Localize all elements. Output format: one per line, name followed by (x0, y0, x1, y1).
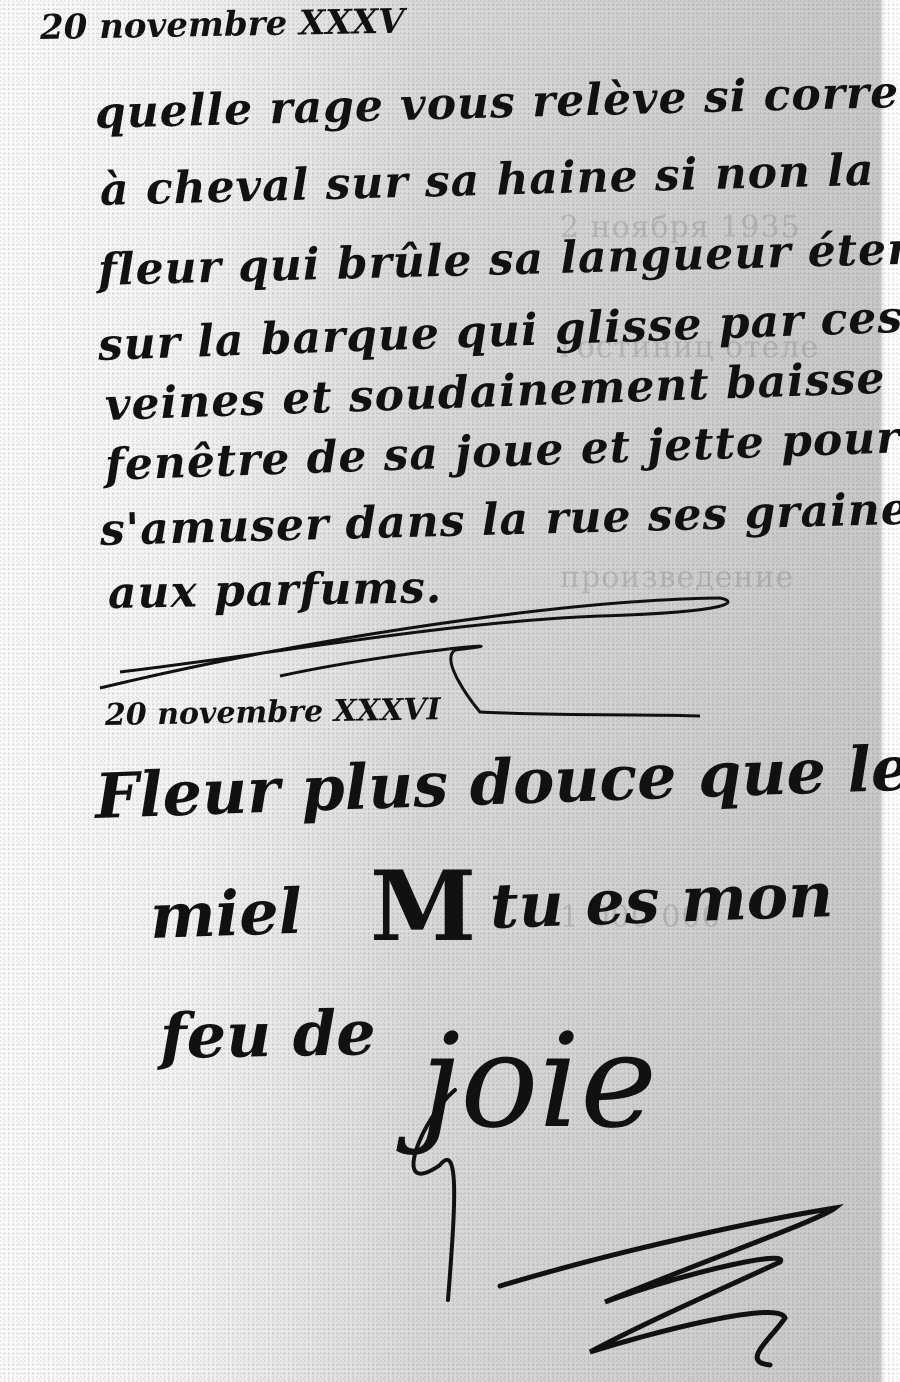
manuscript-line: joie (420, 1005, 657, 1157)
manuscript-line: tu es mon (489, 858, 835, 943)
entry-date: 20 novembre XXXVI (105, 692, 441, 733)
manuscript-line: miel (149, 875, 304, 953)
manuscript-line: feu de (159, 996, 376, 1073)
manuscript-page: 2 ноября 1935 гостиниц отеле произведени… (0, 0, 900, 1382)
separator-flourish (0, 0, 900, 1382)
monogram: M (370, 850, 476, 963)
